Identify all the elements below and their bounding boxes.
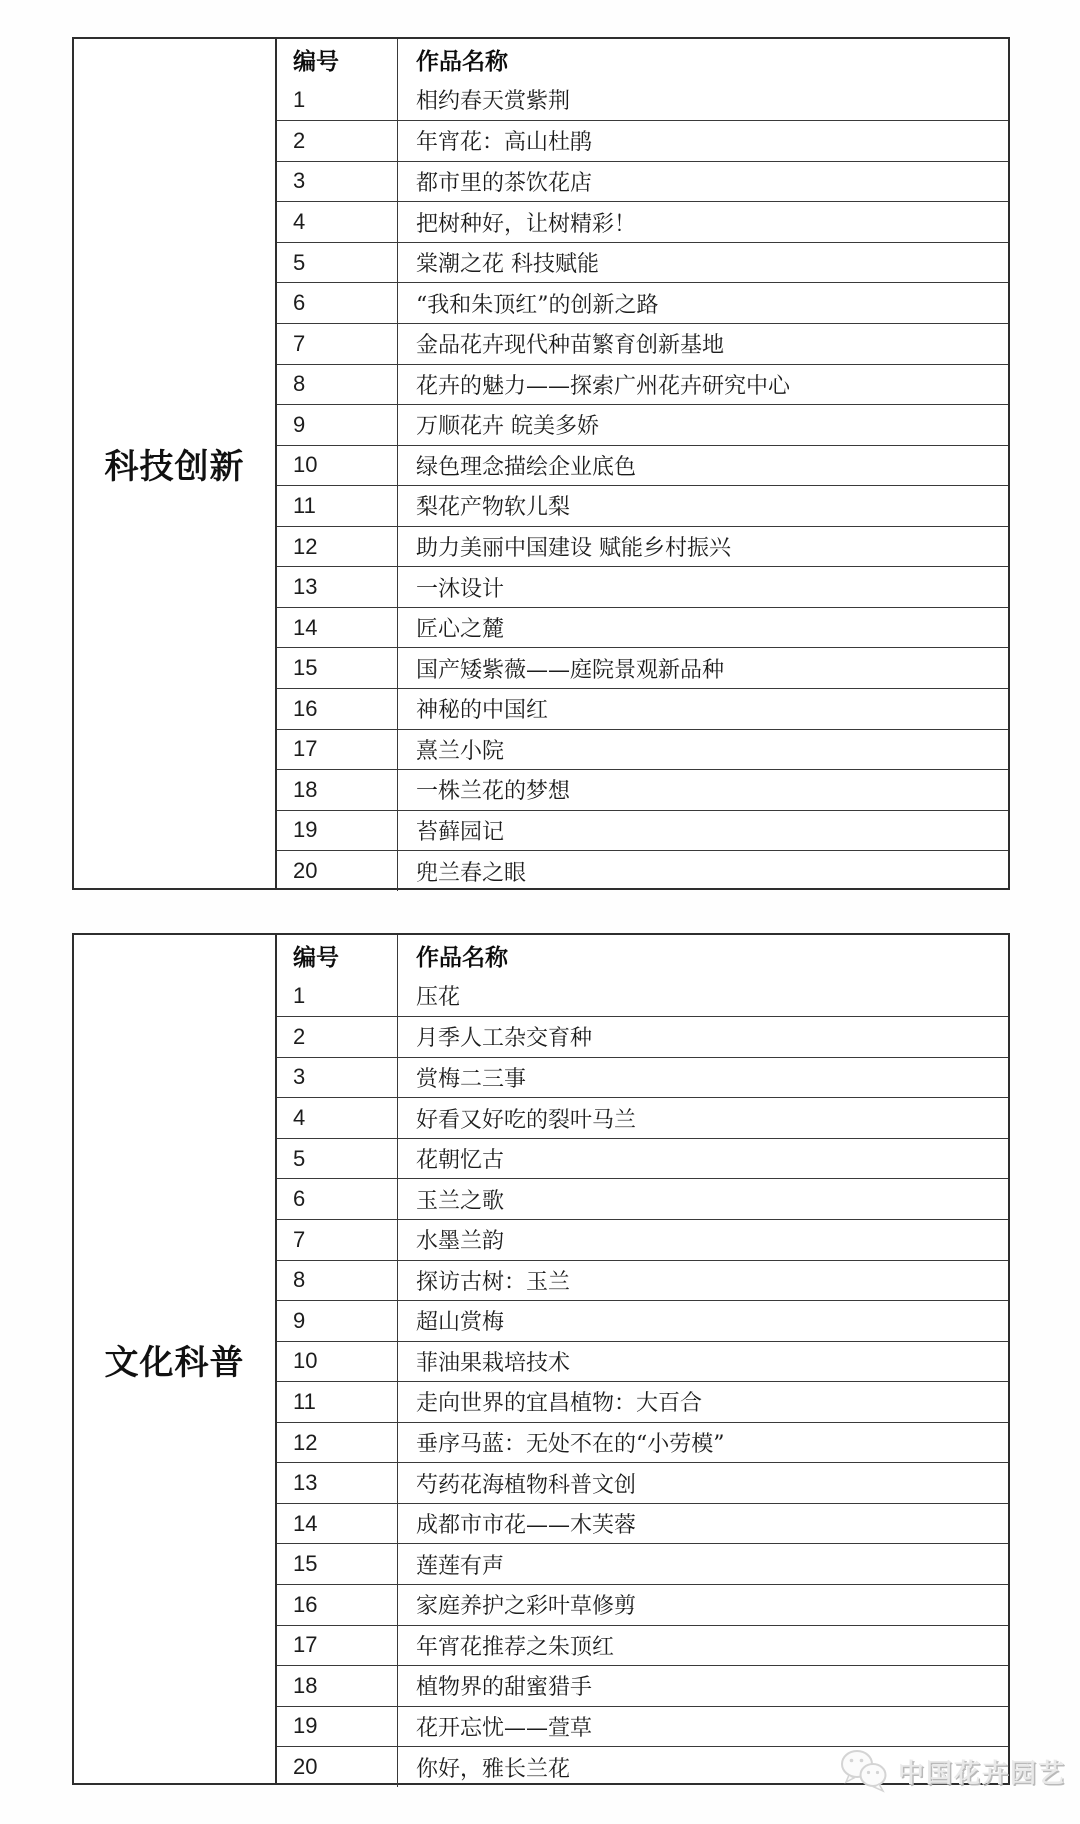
category-label: 文化科普	[105, 1335, 245, 1384]
table-row: 7 水墨兰韵	[277, 1219, 1008, 1260]
work-title: 植物界的甜蜜猎手	[398, 1670, 1008, 1701]
row-number: 9	[277, 405, 398, 445]
row-number: 3	[277, 1058, 398, 1098]
table-tech-innovation: 科技创新 编号 作品名称 1 相约春天赏紫荆 2 年宵花：高山杜鹃 3	[72, 37, 1010, 890]
work-title: 超山赏梅	[398, 1305, 1008, 1336]
table-header-row: 编号 作品名称	[277, 935, 1008, 976]
table-row: 18 一株兰花的梦想	[277, 769, 1008, 810]
table-row: 3 赏梅二三事	[277, 1057, 1008, 1098]
row-number: 1	[277, 80, 398, 121]
table-row: 18 植物界的甜蜜猎手	[277, 1665, 1008, 1706]
column-header-title: 作品名称	[398, 43, 1008, 76]
row-number: 20	[277, 1747, 398, 1787]
row-number: 14	[277, 1504, 398, 1544]
table-row: 4 把树种好，让树精彩！	[277, 201, 1008, 242]
row-number: 6	[277, 283, 398, 323]
row-number: 20	[277, 851, 398, 891]
work-title: 兜兰春之眼	[398, 856, 1008, 887]
table-row: 8 花卉的魅力——探索广州花卉研究中心	[277, 364, 1008, 405]
row-number: 16	[277, 689, 398, 729]
table-row: 10 菲油果栽培技术	[277, 1341, 1008, 1382]
work-title: 神秘的中国红	[398, 693, 1008, 724]
row-number: 17	[277, 1626, 398, 1666]
work-title: 玉兰之歌	[398, 1184, 1008, 1215]
category-cell-tech: 科技创新	[74, 39, 277, 888]
table-culture-science: 文化科普 编号 作品名称 1 压花 2 月季人工杂交育种 3	[72, 933, 1010, 1785]
work-title: 月季人工杂交育种	[398, 1021, 1008, 1052]
work-title: 一沐设计	[398, 572, 1008, 603]
work-title: 压花	[398, 980, 1008, 1011]
table-row: 6 “我和朱顶红”的创新之路	[277, 282, 1008, 323]
row-number: 18	[277, 1666, 398, 1706]
row-number: 3	[277, 162, 398, 202]
work-title: 菲油果栽培技术	[398, 1346, 1008, 1377]
work-title: 花开忘忧——萱草	[398, 1711, 1008, 1742]
row-number: 14	[277, 608, 398, 648]
table-row: 5 棠潮之花 科技赋能	[277, 242, 1008, 283]
work-title: 芍药花海植物科普文创	[398, 1468, 1008, 1499]
work-title: 助力美丽中国建设 赋能乡村振兴	[398, 531, 1008, 562]
work-title: 垂序马蓝：无处不在的“小劳模”	[398, 1427, 1008, 1458]
work-title: 水墨兰韵	[398, 1224, 1008, 1255]
table-row: 11 走向世界的宜昌植物：大百合	[277, 1381, 1008, 1422]
row-number: 11	[277, 486, 398, 526]
table-row: 17 年宵花推荐之朱顶红	[277, 1625, 1008, 1666]
table-row: 19 花开忘忧——萱草	[277, 1706, 1008, 1747]
row-number: 1	[277, 976, 398, 1017]
work-title: “我和朱顶红”的创新之路	[398, 288, 1008, 319]
work-title: 梨花产物软儿梨	[398, 490, 1008, 521]
work-title: 莲莲有声	[398, 1549, 1008, 1580]
work-title: 探访古树：玉兰	[398, 1265, 1008, 1296]
row-number: 11	[277, 1382, 398, 1422]
table-row: 13 芍药花海植物科普文创	[277, 1462, 1008, 1503]
row-number: 10	[277, 446, 398, 486]
work-title: 绿色理念描绘企业底色	[398, 450, 1008, 481]
work-title: 匠心之麓	[398, 612, 1008, 643]
work-title: 万顺花卉 皖美多娇	[398, 409, 1008, 440]
row-number: 2	[277, 1017, 398, 1057]
work-title: 年宵花：高山杜鹃	[398, 125, 1008, 156]
work-title: 把树种好，让树精彩！	[398, 207, 1008, 238]
work-title: 苔藓园记	[398, 815, 1008, 846]
work-title: 棠潮之花 科技赋能	[398, 247, 1008, 278]
row-number: 8	[277, 1261, 398, 1301]
work-title: 一株兰花的梦想	[398, 774, 1008, 805]
work-title: 都市里的茶饮花店	[398, 166, 1008, 197]
row-number: 12	[277, 527, 398, 567]
table-row: 13 一沐设计	[277, 566, 1008, 607]
table-row: 10 绿色理念描绘企业底色	[277, 445, 1008, 486]
row-number: 5	[277, 243, 398, 283]
row-number: 17	[277, 730, 398, 770]
table-row: 2 月季人工杂交育种	[277, 1016, 1008, 1057]
work-title: 赏梅二三事	[398, 1062, 1008, 1093]
work-title: 国产矮紫薇——庭院景观新品种	[398, 653, 1008, 684]
table-row: 16 神秘的中国红	[277, 688, 1008, 729]
watermark-text: 中国花卉园艺	[898, 1753, 1066, 1790]
row-number: 12	[277, 1423, 398, 1463]
work-title: 成都市市花——木芙蓉	[398, 1508, 1008, 1539]
table-row: 5 花朝忆古	[277, 1138, 1008, 1179]
work-title: 走向世界的宜昌植物：大百合	[398, 1386, 1008, 1417]
table-body: 编号 作品名称 1 压花 2 月季人工杂交育种 3 赏梅二三事	[277, 935, 1008, 1783]
row-number: 15	[277, 648, 398, 688]
row-number: 13	[277, 1463, 398, 1503]
row-number: 2	[277, 121, 398, 161]
table-row: 2 年宵花：高山杜鹃	[277, 120, 1008, 161]
work-title: 金品花卉现代种苗繁育创新基地	[398, 328, 1008, 359]
table-row: 15 莲莲有声	[277, 1543, 1008, 1584]
table-row: 17 熹兰小院	[277, 729, 1008, 770]
document-page: 科技创新 编号 作品名称 1 相约春天赏紫荆 2 年宵花：高山杜鹃 3	[0, 0, 1080, 1824]
row-number: 4	[277, 202, 398, 242]
table-row: 7 金品花卉现代种苗繁育创新基地	[277, 323, 1008, 364]
watermark: 中国花卉园艺	[838, 1748, 1066, 1794]
table-body: 编号 作品名称 1 相约春天赏紫荆 2 年宵花：高山杜鹃 3 都市里的茶饮花店	[277, 39, 1008, 888]
work-title: 熹兰小院	[398, 734, 1008, 765]
table-row: 9 超山赏梅	[277, 1300, 1008, 1341]
table-row: 3 都市里的茶饮花店	[277, 161, 1008, 202]
table-row: 14 匠心之麓	[277, 607, 1008, 648]
work-title: 年宵花推荐之朱顶红	[398, 1630, 1008, 1661]
table-row: 15 国产矮紫薇——庭院景观新品种	[277, 647, 1008, 688]
row-number: 7	[277, 324, 398, 364]
category-label: 科技创新	[105, 439, 245, 488]
work-title: 好看又好吃的裂叶马兰	[398, 1103, 1008, 1134]
column-header-id: 编号	[277, 935, 398, 976]
work-title: 花朝忆古	[398, 1143, 1008, 1174]
table-header-row: 编号 作品名称	[277, 39, 1008, 80]
table-row: 16 家庭养护之彩叶草修剪	[277, 1584, 1008, 1625]
table-row: 1 相约春天赏紫荆	[277, 80, 1008, 121]
row-number: 6	[277, 1179, 398, 1219]
row-number: 13	[277, 567, 398, 607]
table-row: 8 探访古树：玉兰	[277, 1260, 1008, 1301]
work-title: 花卉的魅力——探索广州花卉研究中心	[398, 369, 1008, 400]
table-row: 20 兜兰春之眼	[277, 850, 1008, 891]
row-number: 8	[277, 365, 398, 405]
work-title: 家庭养护之彩叶草修剪	[398, 1589, 1008, 1620]
row-number: 10	[277, 1342, 398, 1382]
row-number: 4	[277, 1098, 398, 1138]
table-row: 19 苔藓园记	[277, 810, 1008, 851]
row-number: 16	[277, 1585, 398, 1625]
table-row: 4 好看又好吃的裂叶马兰	[277, 1097, 1008, 1138]
table-row: 1 压花	[277, 976, 1008, 1017]
table-row: 6 玉兰之歌	[277, 1178, 1008, 1219]
row-number: 5	[277, 1139, 398, 1179]
category-cell-culture: 文化科普	[74, 935, 277, 1783]
table-row: 14 成都市市花——木芙蓉	[277, 1503, 1008, 1544]
row-number: 9	[277, 1301, 398, 1341]
column-header-title: 作品名称	[398, 939, 1008, 972]
column-header-id: 编号	[277, 39, 398, 80]
table-row: 12 垂序马蓝：无处不在的“小劳模”	[277, 1422, 1008, 1463]
table-row: 12 助力美丽中国建设 赋能乡村振兴	[277, 526, 1008, 567]
table-row: 9 万顺花卉 皖美多娇	[277, 404, 1008, 445]
row-number: 15	[277, 1544, 398, 1584]
row-number: 7	[277, 1220, 398, 1260]
row-number: 19	[277, 811, 398, 851]
row-number: 18	[277, 770, 398, 810]
table-row: 11 梨花产物软儿梨	[277, 485, 1008, 526]
work-title: 相约春天赏紫荆	[398, 84, 1008, 115]
row-number: 19	[277, 1707, 398, 1747]
wechat-icon	[838, 1748, 890, 1794]
